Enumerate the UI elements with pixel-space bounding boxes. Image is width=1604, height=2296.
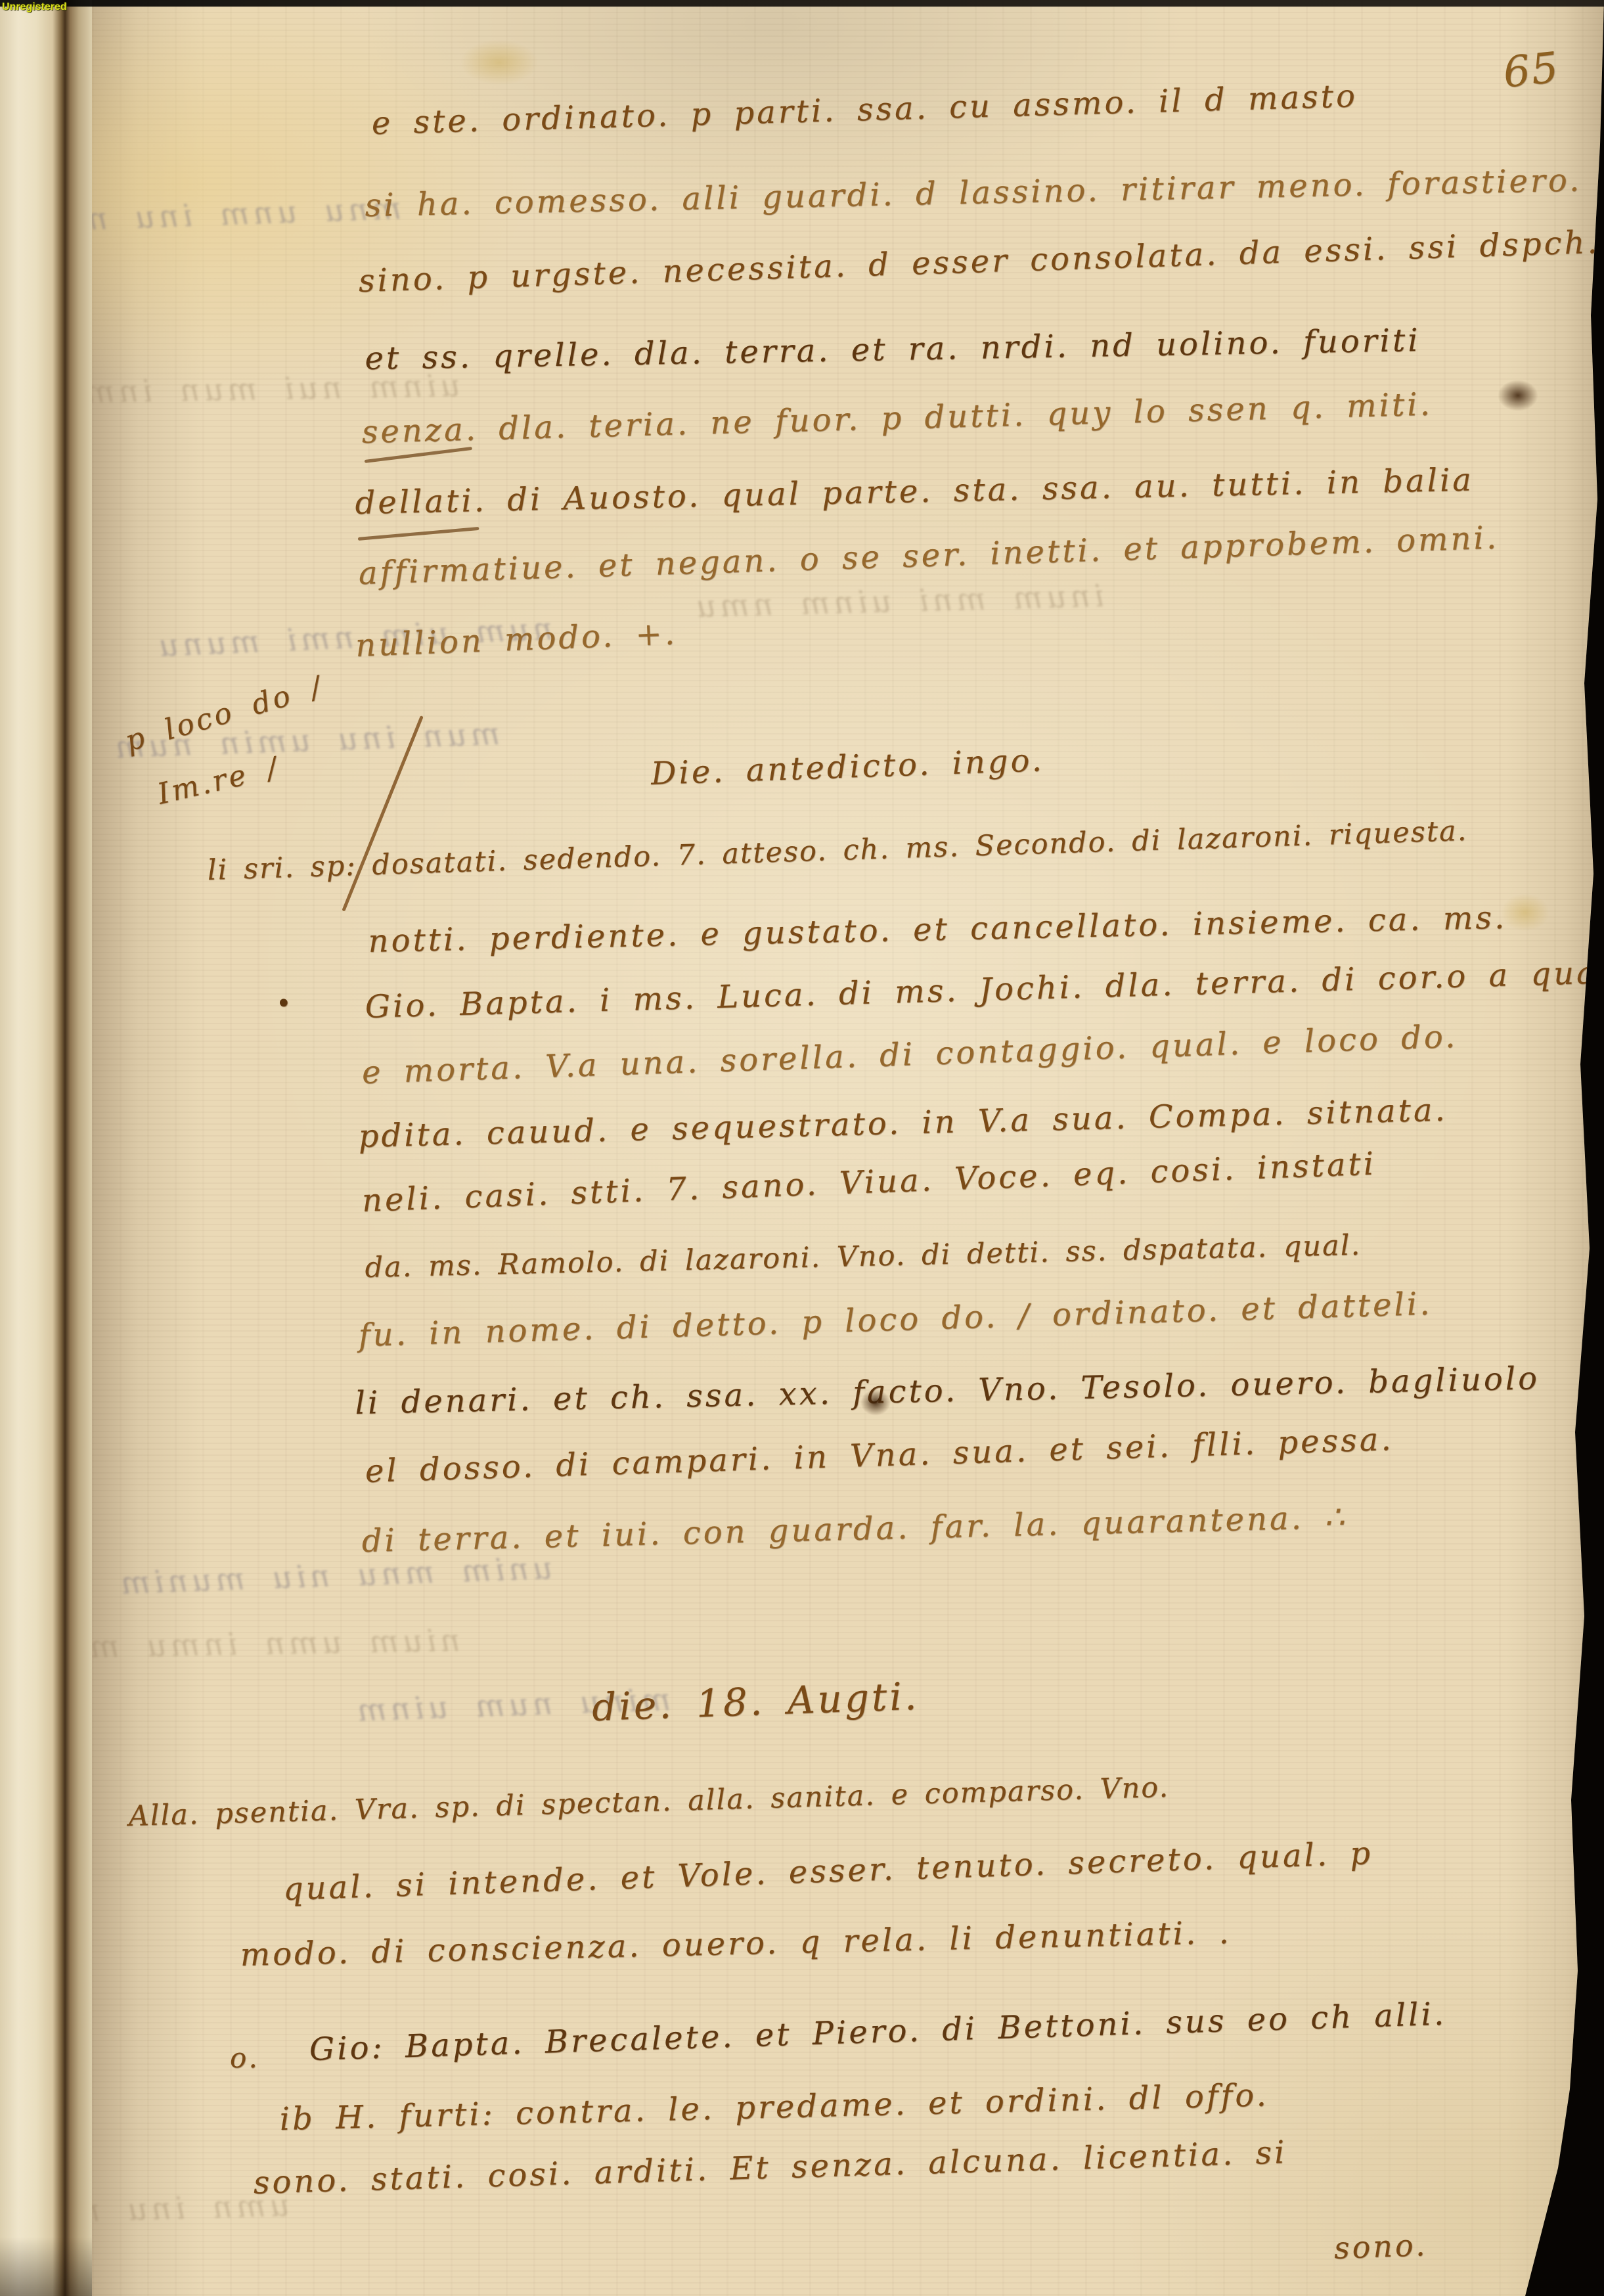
manuscript-line: fu. in nome. di detto. p loco do. / ordi…: [358, 1285, 1433, 1353]
manuscript-line: Alla. psentia. Vra. sp. di spectan. alla…: [128, 1771, 1170, 1833]
manuscript-line: di terra. et iui. con guarda. far. la. q…: [361, 1498, 1347, 1560]
manuscript-line: pdita. cauud. e sequestrato. in V.a sua.…: [358, 1091, 1448, 1155]
manuscript-line: modo. di conscienza. ouero. q rela. li d…: [240, 1914, 1232, 1973]
manuscript-line: neli. casi. stti. 7. sano. Viua. Voce. e…: [361, 1145, 1377, 1219]
manuscript-line: sono. stati. cosi. arditi. Et senza. alc…: [253, 2134, 1287, 2201]
margin-bullet: •: [276, 989, 294, 1019]
folio-number: 65: [1501, 43, 1562, 98]
bleedthrough-text: nium umn inmu mnu: [38, 1623, 460, 1666]
manuscript-line: notti. perdiente. e gustato. et cancella…: [368, 899, 1507, 960]
manuscript-line: Gio. Bapta. i ms. Luca. di ms. Jochi. dl…: [365, 953, 1604, 1025]
date-heading: die. 18. Augti.: [591, 1674, 920, 1730]
manuscript-line: qual. si intende. et Vole. esser. tenuto…: [282, 1835, 1373, 1908]
manuscript-line: si ha. comesso. alli guardi. d lassino. …: [365, 162, 1582, 224]
manuscript-line: ib H. furti: contra. le. predame. et ord…: [279, 2077, 1269, 2138]
manuscript-line: affirmatiue. et negan. o se ser. inetti.…: [358, 519, 1500, 592]
manuscript-line: e morta. V.a una. sorella. di contaggio.…: [361, 1018, 1458, 1091]
bleedthrough-text: inum mni uinm nmu: [692, 578, 1104, 625]
manuscript-line: li sri. sp: dosatati. sedendo. 7. atteso…: [207, 815, 1468, 887]
manuscript-line: li denari. et ch. ssa. xx. facto. Vno. T…: [355, 1360, 1540, 1422]
manuscript-scan: mnu unm inu mnim uni nmu uinm nui mun in…: [0, 0, 1604, 2296]
ink-blot: [860, 1389, 891, 1416]
scan-top-edge: [0, 0, 1604, 7]
manuscript-line: sino. p urgste. necessita. d esser conso…: [358, 224, 1600, 300]
paper-stain: [1501, 893, 1549, 932]
manuscript-page: mnu unm inu mnim uni nmu uinm nui mun in…: [92, 0, 1604, 2296]
bleedthrough-text: unim mnu niu munim uni: [32, 1550, 553, 1605]
manuscript-line: Gio: Bapta. Brecalete. et Piero. di Bett…: [309, 1996, 1447, 2068]
paragraph-marker: o.: [230, 2042, 260, 2074]
strike-mark: [358, 527, 479, 541]
manuscript-line: dellati. di Auosto. qual parte. sta. ssa…: [355, 461, 1474, 522]
manuscript-line: et ss. qrelle. dla. terra. et ra. nrdi. …: [365, 322, 1421, 377]
scanner-watermark: Unregistered: [2, 1, 67, 13]
ink-blot: [1498, 380, 1538, 411]
date-heading: Die. antedicto. ingo.: [650, 742, 1045, 792]
manuscript-line: da. ms. Ramolo. di lazaroni. Vno. di det…: [365, 1229, 1362, 1284]
catchword: sono.: [1333, 2227, 1428, 2266]
manuscript-line: e ste. ordinato. p parti. ssa. cu assmo.…: [371, 78, 1358, 142]
manuscript-line: el dosso. di campari. in Vna. sua. et se…: [365, 1421, 1394, 1490]
manuscript-line: senza. dla. teria. ne fuor. p dutti. quy…: [361, 386, 1433, 451]
paper-stain: [460, 39, 539, 85]
